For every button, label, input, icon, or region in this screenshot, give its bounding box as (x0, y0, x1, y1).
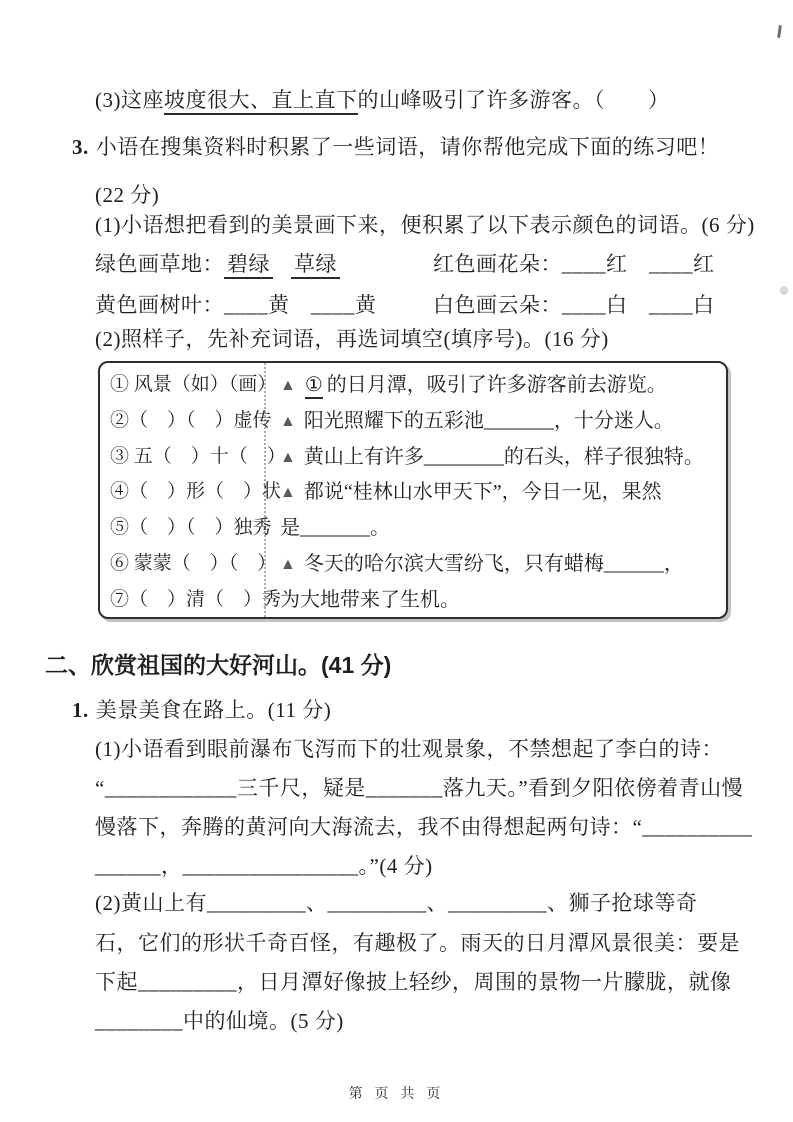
idiom-table: ① 风景（如）（画） ②（ ）（ ）虚传 ③ 五（ ）十（ ） ④（ ）形（ ）… (98, 361, 728, 619)
green-label: 绿色画草地： (95, 252, 224, 276)
sentence-suffix: 的山峰吸引了许多游客。（ ） (358, 88, 670, 112)
idiom-item-6: ⑥ 蒙蒙（ ）（ ） (110, 548, 264, 575)
s2-q1-line-3: 慢落下，奔腾的黄河向大海流去，我不由得想起两句诗：“__________ (95, 811, 752, 841)
triangle-bullet-icon: ▲ (280, 556, 296, 573)
s2-q2-line-4: ________中的仙境。(5 分) (95, 1005, 344, 1035)
idiom-item-7: ⑦（ ）清（ ）秀 (110, 584, 264, 611)
sentence-text: 黄山上有许多________的石头，样子很独特。 (304, 446, 704, 468)
question-3-sub2: (2)照样子，先补充词语，再选词填空(填序号)。(16 分) (95, 323, 609, 353)
scan-artifact (777, 25, 782, 38)
question-3-stem: 3.小语在搜集资料时积累了一些词语，请你帮他完成下面的练习吧！ (72, 131, 719, 161)
idiom-item-2: ②（ ）（ ）虚传 (110, 405, 264, 432)
section-2-title: 二、欣赏祖国的大好河山。(41 分) (45, 647, 391, 680)
sentence-line-5: 是_______。 (280, 511, 726, 540)
triangle-bullet-icon: ▲ (280, 413, 296, 430)
sentence-line-2: ▲阳光照耀下的五彩池_______，十分迷人。 (280, 404, 726, 433)
green-color-item: 绿色画草地：碧绿草绿 (95, 248, 433, 278)
s2-q1-line-4: ______，________________。”(4 分) (95, 850, 433, 880)
idiom-table-left-column: ① 风景（如）（画） ②（ ）（ ）虚传 ③ 五（ ）十（ ） ④（ ）形（ ）… (100, 363, 266, 617)
idiom-item-4: ④（ ）形（ ）状 (110, 476, 264, 503)
s2-q1-line-1: (1)小语看到眼前瀑布飞泻而下的壮观景象，不禁想起了李白的诗： (95, 733, 723, 763)
sentence-text: 的日月潭，吸引了许多游客前去游览。 (327, 374, 667, 396)
sentence-text: 为大地带来了生机。 (280, 589, 460, 611)
sentence-text: 是_______。 (280, 517, 390, 539)
idiom-item-3: ③ 五（ ）十（ ） (110, 441, 264, 468)
green-answer-1: 碧绿 (224, 252, 273, 279)
s2-q2-line-3: 下起_________，日月潭好像披上轻纱，周围的景物一片朦胧，就像 (95, 966, 732, 996)
sentence-line-6: ▲冬天的哈尔滨大雪纷飞，只有蜡梅______， (280, 547, 726, 576)
red-color-item: 红色画花朵：____红 ____红 (433, 248, 715, 278)
sentence-line-4: ▲都说“桂林山水甲天下”，今日一见，果然 (280, 475, 726, 504)
sentence-line-7: 为大地带来了生机。 (280, 583, 726, 612)
underlined-phrase: 坡度很大、直上直下 (164, 88, 358, 115)
page-footer: 第 页 共 页 (0, 1083, 793, 1103)
triangle-bullet-icon: ▲ (280, 449, 296, 466)
sentence-line-3: ▲黄山上有许多________的石头，样子很独特。 (280, 440, 726, 469)
item-1-number: 1. (72, 698, 89, 722)
triangle-bullet-icon: ▲ (280, 484, 296, 501)
question-3-number: 3. (72, 135, 89, 159)
triangle-bullet-icon: ▲ (280, 377, 296, 394)
green-answer-2: 草绿 (291, 252, 340, 279)
yellow-color-item: 黄色画树叶：____黄 ____黄 (95, 289, 433, 319)
sentence-text: 都说“桂林山水甲天下”，今日一见，果然 (304, 481, 662, 503)
white-color-item: 白色画云朵：____白 ____白 (433, 289, 715, 319)
sentence-line-1: ▲①的日月潭，吸引了许多游客前去游览。 (280, 368, 726, 397)
s2-q2-line-2: 石，它们的形状千奇百怪，有趣极了。雨天的日月潭风景很美：要是 (95, 927, 740, 957)
answer-number-ref: ① (305, 374, 323, 399)
section-2-item-1: 1.美景美食在路上。(11 分) (72, 694, 331, 724)
idiom-item-5: ⑤（ ）（ ）独秀 (110, 512, 264, 539)
s2-q2-line-1: (2)黄山上有_________、_________、_________、狮子抢… (95, 887, 698, 917)
question-3-score: (22 分) (95, 179, 159, 209)
sentence-text: 阳光照耀下的五彩池_______，十分迷人。 (304, 410, 674, 432)
question-3-sub1: (1)小语想把看到的美景画下来，便积累了以下表示颜色的词语。(6 分) (95, 209, 755, 239)
idiom-table-right-column: ▲①的日月潭，吸引了许多游客前去游览。 ▲阳光照耀下的五彩池_______，十分… (266, 363, 726, 617)
scan-artifact (780, 286, 788, 295)
idiom-item-1: ① 风景（如）（画） (110, 369, 264, 396)
question-3-text: 小语在搜集资料时积累了一些词语，请你帮他完成下面的练习吧！ (96, 135, 720, 159)
question-item-3-sentence: (3)这座坡度很大、直上直下的山峰吸引了许多游客。（ ） (95, 84, 670, 114)
color-words-row-2: 黄色画树叶：____黄 ____黄 白色画云朵：____白 ____白 (95, 289, 743, 319)
s2-q1-line-2: “____________三千尺，疑是_______落九天。”看到夕阳依傍着青山… (95, 772, 743, 802)
item-1-text: 美景美食在路上。(11 分) (96, 698, 331, 722)
color-words-row-1: 绿色画草地：碧绿草绿 红色画花朵：____红 ____红 (95, 248, 743, 278)
sentence-text: 冬天的哈尔滨大雪纷飞，只有蜡梅______， (304, 553, 684, 575)
sentence-prefix: (3)这座 (95, 88, 164, 112)
